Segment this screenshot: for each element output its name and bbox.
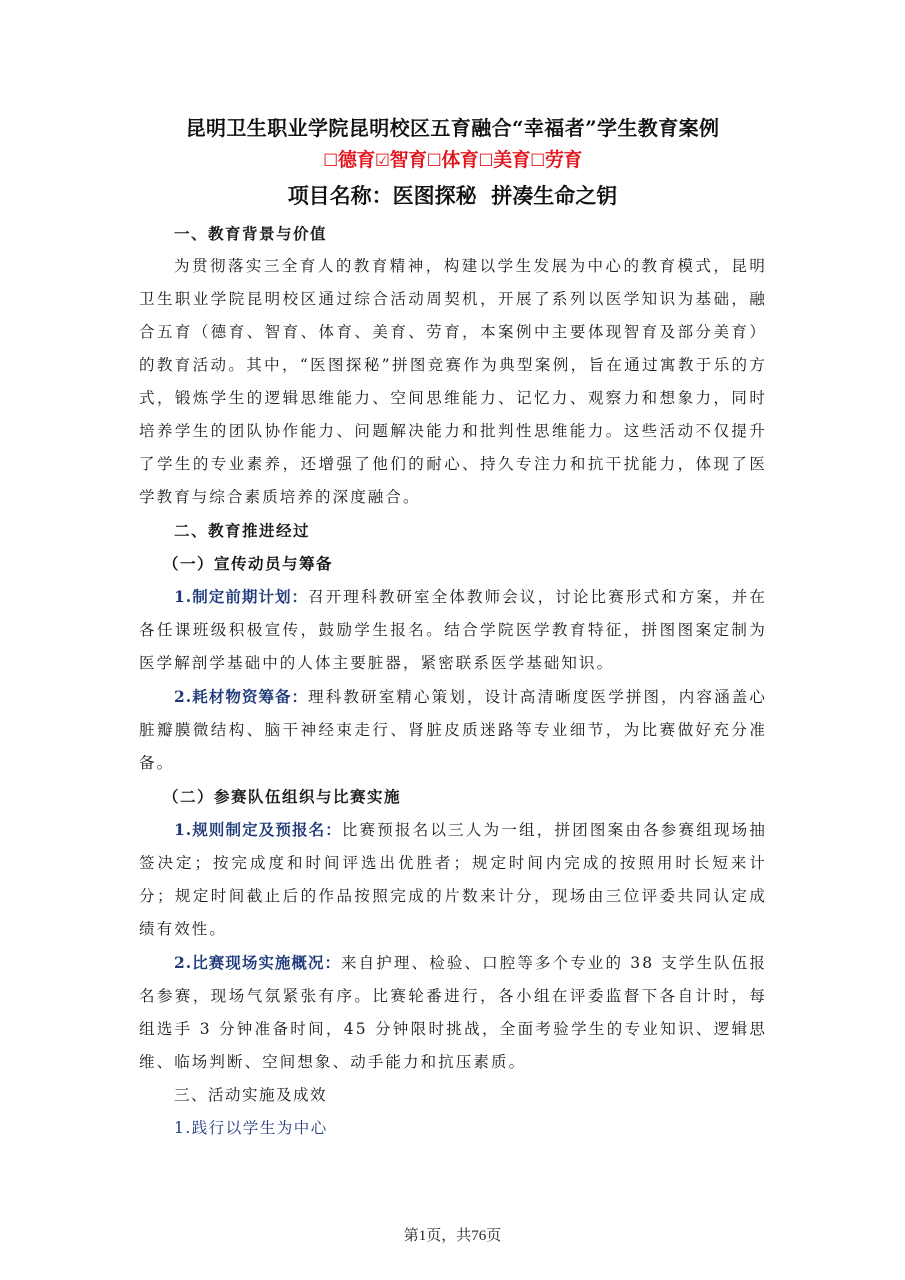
category-checklist: ☐德育☑智育☐体育☐美育☐劳育 (0, 146, 905, 175)
subsection-heading-competition: （二）参赛队伍组织与比赛实施 (139, 780, 767, 813)
category-label: 体育 (441, 149, 478, 171)
lead-plan: 1.制定前期计划： (174, 587, 308, 606)
checked-checkbox-icon-zhiyu: ☑ (375, 151, 390, 171)
paragraph-materials: 2.耗材物资筹备：理科教研室精心策划，设计高清晰度医学拼图，内容涵盖心脏瓣膜微结… (139, 680, 767, 780)
section-heading-process: 二、教育推进经过 (139, 514, 767, 547)
checkbox-icon-tiyu: ☐ (427, 151, 442, 171)
project-name-text: 项目名称：医图探秘 拼凑生命之钥 (288, 183, 618, 208)
project-name: 项目名称：医图探秘 拼凑生命之钥 (0, 181, 905, 211)
category-label: 智育 (390, 149, 427, 171)
paragraph-rules: 1.规则制定及预报名：比赛预报名以三人为一组，拼团图案由各参赛组现场抽签决定；按… (139, 813, 767, 946)
lead-materials: 2.耗材物资筹备： (174, 687, 308, 706)
checkbox-icon-laoyu: ☐ (530, 151, 545, 171)
subsection-heading-student-centered: 1.践行以学生为中心 (139, 1112, 767, 1145)
paragraph-background: 为贯彻落实三全育人的教育精神，构建以学生发展为中心的教育模式，昆明卫生职业学院昆… (139, 250, 767, 514)
paragraph-onsite: 2.比赛现场实施概况：来自护理、检验、口腔等多个专业的 38 支学生队伍报名参赛… (139, 946, 767, 1079)
document-body: 一、教育背景与价值 为贯彻落实三全育人的教育精神，构建以学生发展为中心的教育模式… (139, 217, 767, 1145)
document-title: 昆明卫生职业学院昆明校区五育融合“幸福者”学生教育案例 (0, 114, 905, 142)
category-label: 美育 (493, 149, 530, 171)
category-label: 劳育 (545, 149, 582, 171)
checkbox-icon-deyu: ☐ (323, 151, 338, 171)
page-indicator: 第1页，共76页 (0, 1224, 905, 1245)
paragraph-plan: 1.制定前期计划：召开理科教研室全体教师会议，讨论比赛形式和方案，并在各任课班级… (139, 580, 767, 680)
lead-rules: 1.规则制定及预报名： (174, 820, 342, 839)
section-heading-results: 三、活动实施及成效 (139, 1079, 767, 1112)
checkbox-icon-meiyu: ☐ (478, 151, 493, 171)
document-page: 昆明卫生职业学院昆明校区五育融合“幸福者”学生教育案例 ☐德育☑智育☐体育☐美育… (0, 0, 905, 1280)
lead-onsite: 2.比赛现场实施概况： (174, 953, 341, 972)
category-label: 德育 (338, 149, 375, 171)
subsection-heading-publicity: （一）宣传动员与筹备 (139, 547, 767, 580)
section-heading-background: 一、教育背景与价值 (139, 217, 767, 250)
